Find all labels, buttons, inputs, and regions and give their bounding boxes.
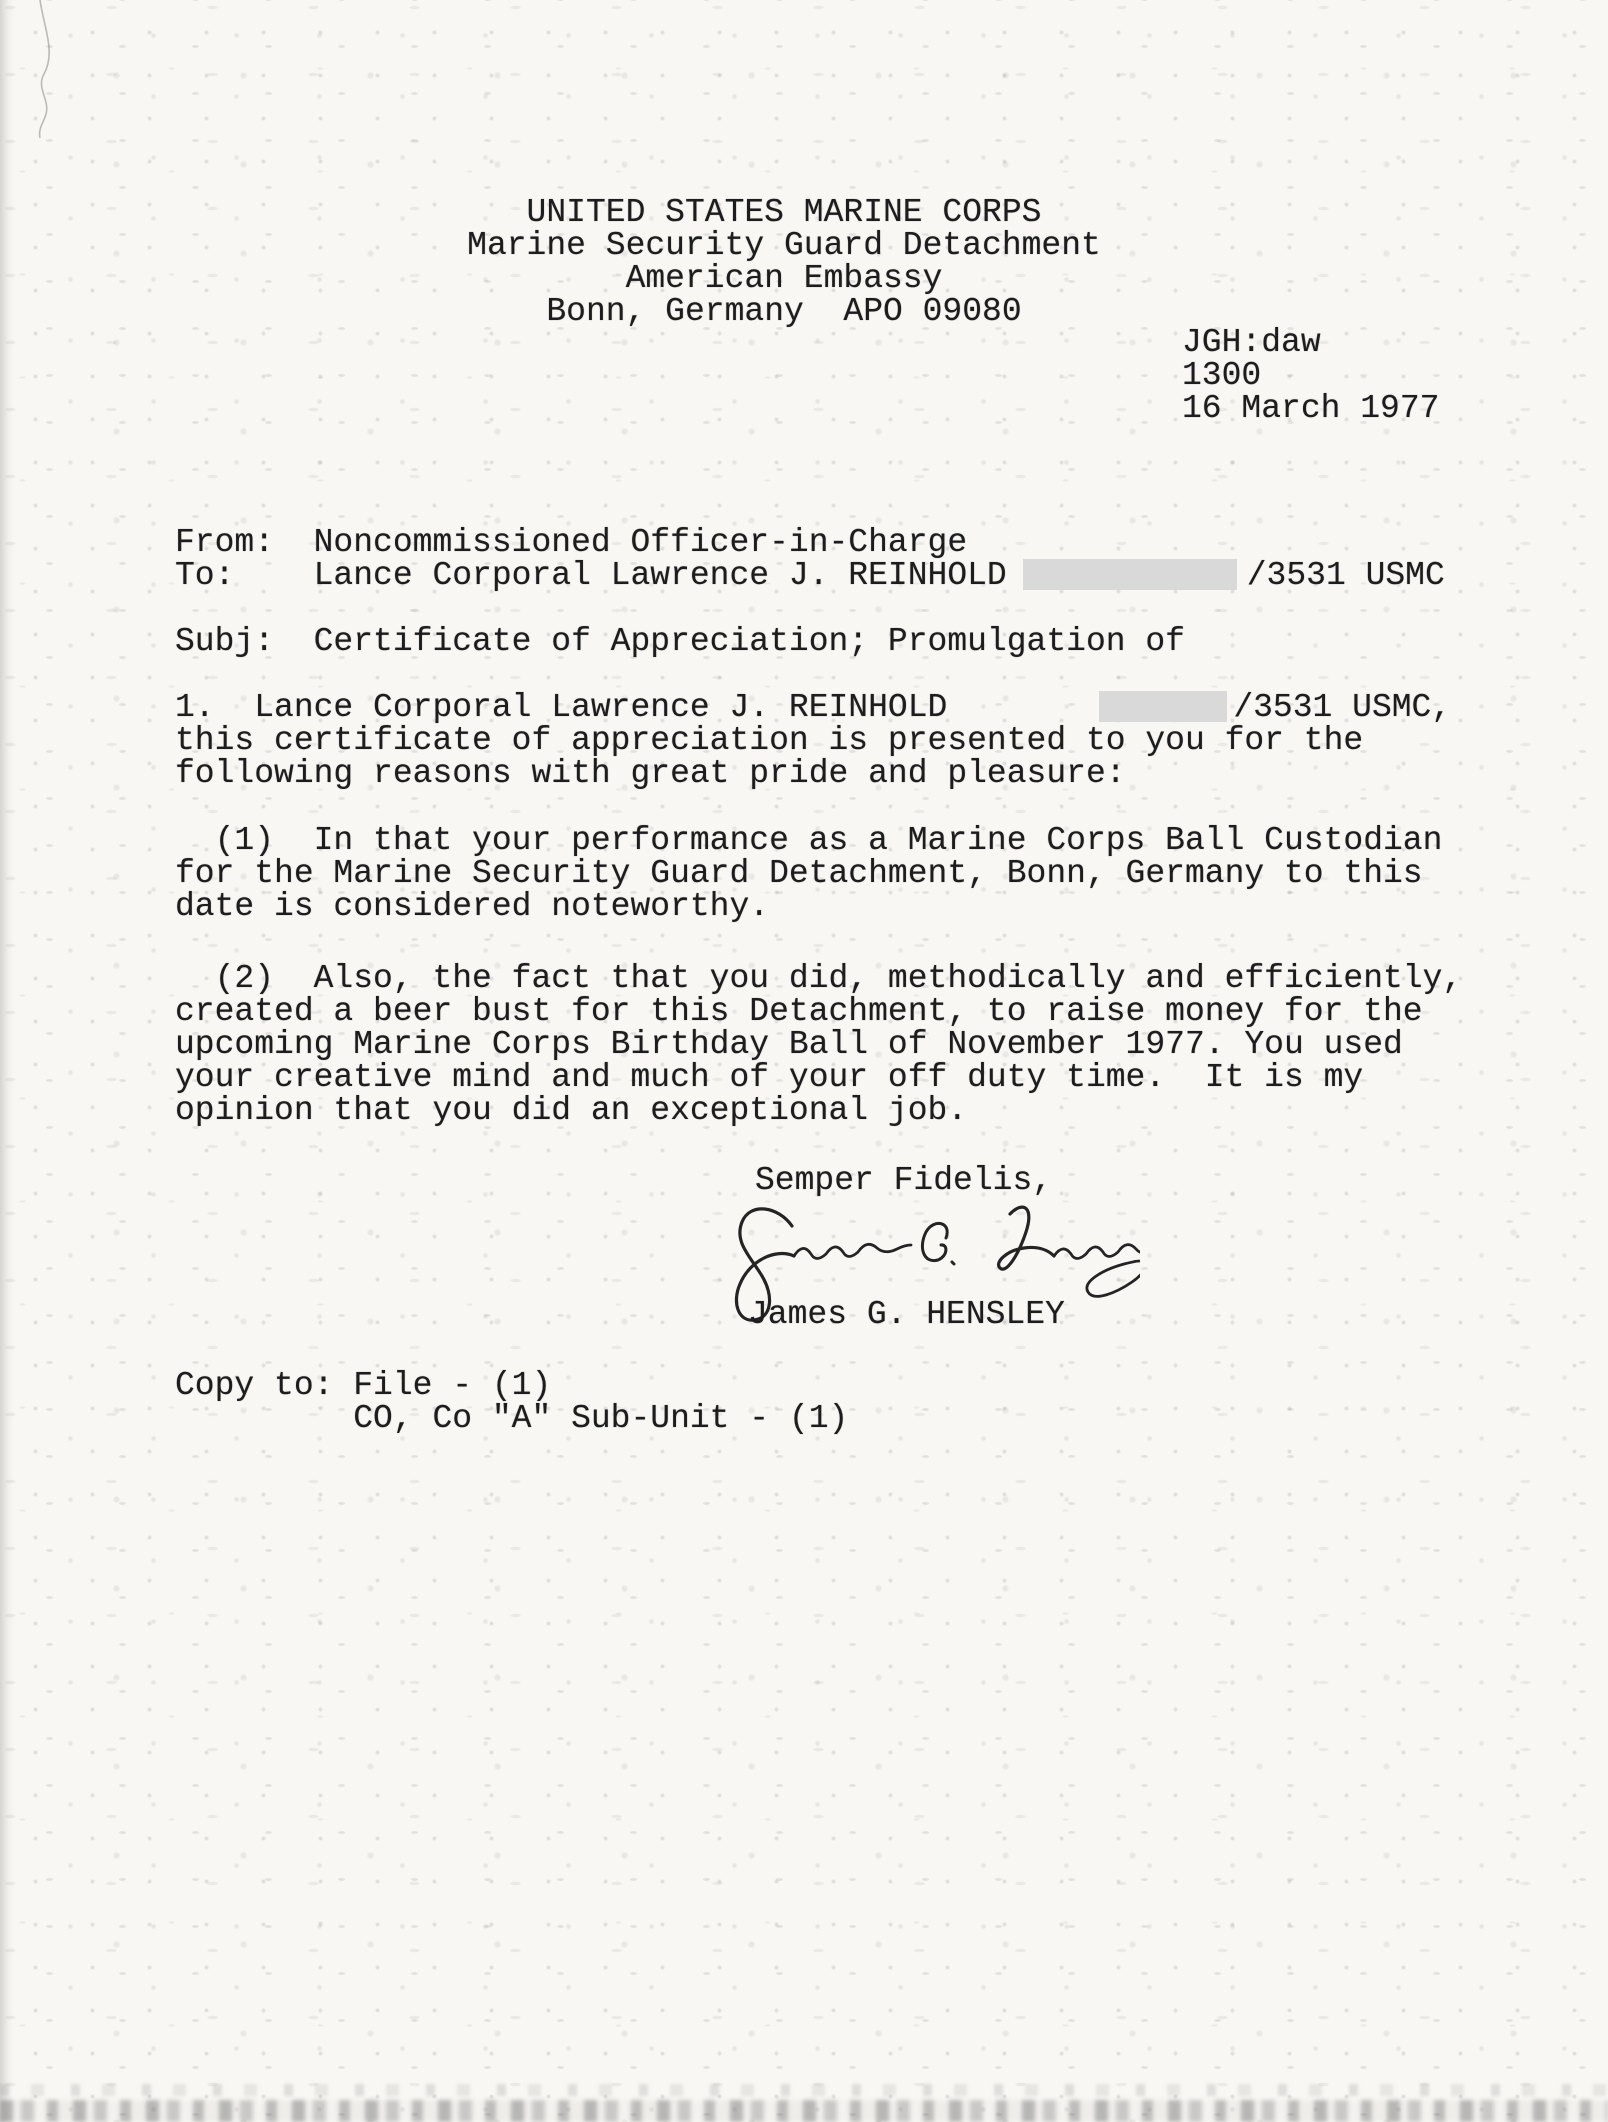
to-line-mos: /3531 USMC: [1247, 557, 1445, 594]
letterhead-location: Bonn, Germany APO 09080: [0, 295, 1568, 328]
closing-salutation-text: Semper Fidelis,: [755, 1164, 1052, 1197]
file-number: 1300: [1182, 359, 1439, 392]
subparagraph-1-line: (1) In that your performance as a Marine…: [175, 824, 1442, 857]
signature-typed-name-text: James G. HENSLEY: [748, 1298, 1065, 1331]
subparagraph-1-line: for the Marine Security Guard Detachment…: [175, 857, 1442, 890]
letter-date: 16 March 1977: [1182, 392, 1439, 425]
copy-to-line: Copy to: File - (1): [175, 1369, 848, 1402]
address-block: From: Noncommissioned Officer-in-Charge …: [175, 526, 1445, 592]
subparagraph-2-line: created a beer bust for this Detachment,…: [175, 995, 1462, 1028]
to-line: To: Lance Corporal Lawrence J. REINHOLD/…: [175, 559, 1445, 592]
paragraph-1: 1. Lance Corporal Lawrence J. REINHOLD/3…: [175, 691, 1451, 790]
subparagraph-2-line: opinion that you did an exceptional job.: [175, 1094, 1462, 1127]
closing-salutation: Semper Fidelis,: [755, 1164, 1052, 1197]
subparagraph-1: (1) In that your performance as a Marine…: [175, 824, 1442, 923]
letterhead-embassy: American Embassy: [0, 262, 1568, 295]
subject-line: Subj: Certificate of Appreciation; Promu…: [175, 625, 1185, 658]
signature-typed-name: James G. HENSLEY: [748, 1298, 1065, 1331]
paragraph-1-line-3: following reasons with great pride and p…: [175, 757, 1451, 790]
from-line: From: Noncommissioned Officer-in-Charge: [175, 526, 1445, 559]
scratch-mark: [0, 0, 120, 140]
scan-noise-band: [0, 2084, 1608, 2096]
to-line-text: To: Lance Corporal Lawrence J. REINHOLD: [175, 557, 1007, 594]
subparagraph-1-line: date is considered noteworthy.: [175, 890, 1442, 923]
subparagraph-2-line: upcoming Marine Corps Birthday Ball of N…: [175, 1028, 1462, 1061]
paragraph-1-line-1-text: 1. Lance Corporal Lawrence J. REINHOLD: [175, 689, 947, 726]
originator-code: JGH:daw: [1182, 326, 1439, 359]
redaction-box: [1099, 691, 1227, 722]
reference-block: JGH:daw 1300 16 March 1977: [1182, 326, 1439, 425]
copy-to-block: Copy to: File - (1) CO, Co "A" Sub-Unit …: [175, 1369, 848, 1435]
paragraph-1-line-2: this certificate of appreciation is pres…: [175, 724, 1451, 757]
subparagraph-2-line: your creative mind and much of your off …: [175, 1061, 1462, 1094]
copy-to-line: CO, Co "A" Sub-Unit - (1): [175, 1402, 848, 1435]
subject-block: Subj: Certificate of Appreciation; Promu…: [175, 625, 1185, 658]
scan-noise-band: [0, 2100, 1608, 2122]
letterhead-org: UNITED STATES MARINE CORPS: [0, 196, 1568, 229]
subparagraph-2-line: (2) Also, the fact that you did, methodi…: [175, 962, 1462, 995]
letterhead-detachment: Marine Security Guard Detachment: [0, 229, 1568, 262]
paragraph-1-line-1: 1. Lance Corporal Lawrence J. REINHOLD/3…: [175, 691, 1451, 724]
subparagraph-2: (2) Also, the fact that you did, methodi…: [175, 962, 1462, 1127]
scanned-letter-page: UNITED STATES MARINE CORPS Marine Securi…: [0, 0, 1608, 2122]
letterhead: UNITED STATES MARINE CORPS Marine Securi…: [0, 196, 1568, 328]
redaction-box: [1023, 559, 1237, 590]
paragraph-1-line-1-mos: /3531 USMC,: [1233, 689, 1451, 726]
